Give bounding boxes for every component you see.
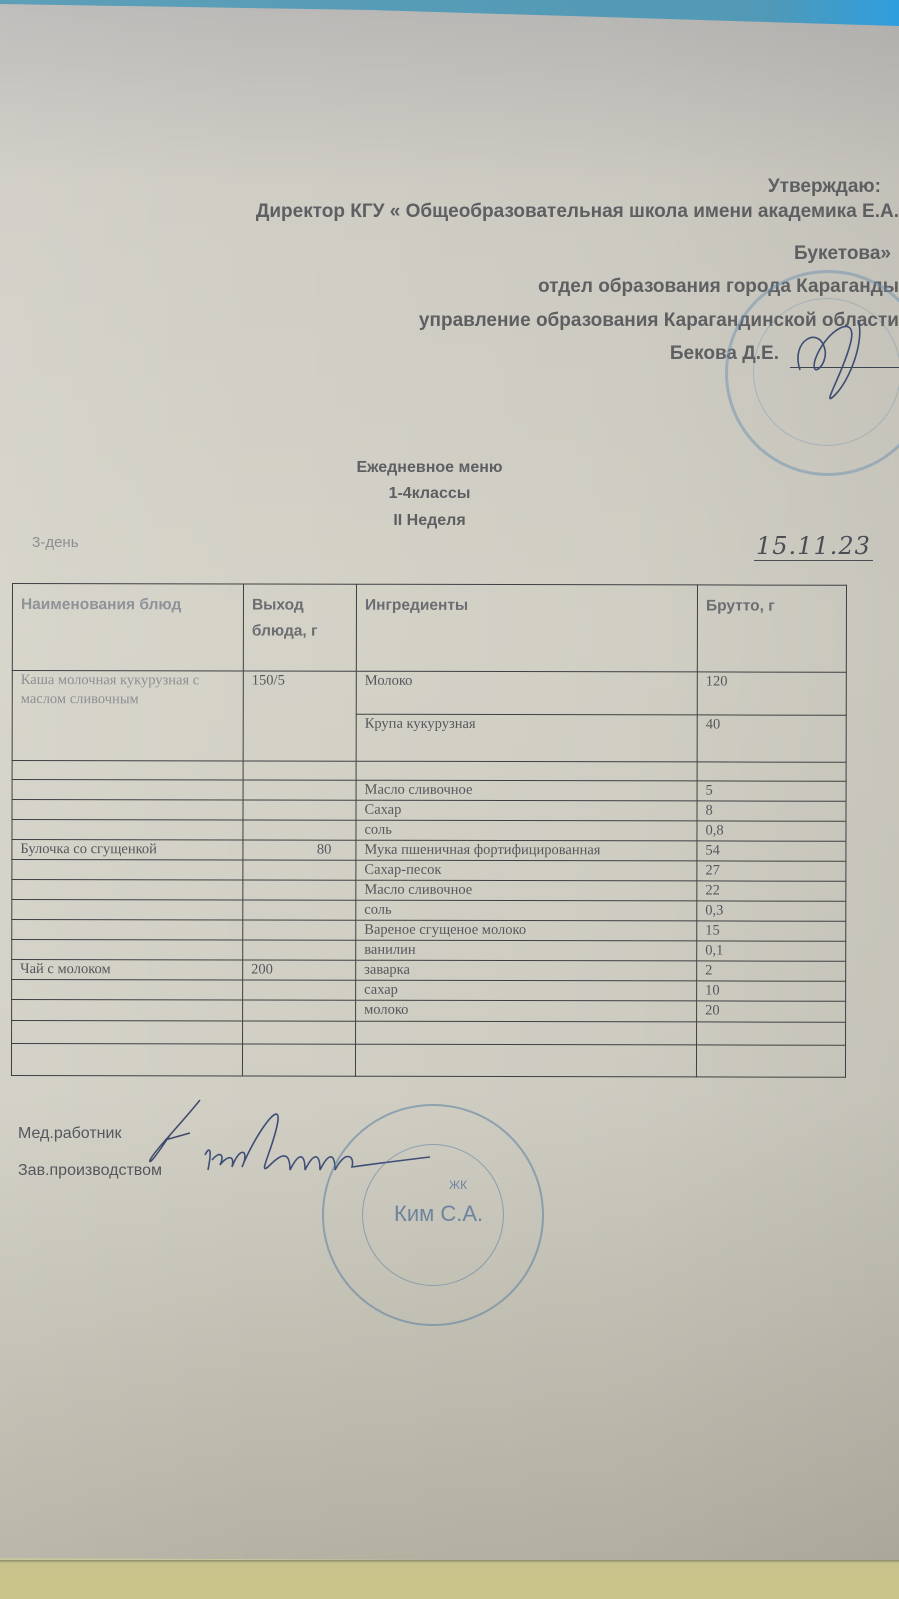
gross-weight-cell [696,1045,845,1077]
ingredient-cell: Мука пшеничная фортифицированная [356,840,697,861]
yield-cell: 80 [243,840,356,860]
dish-name-cell: Каша молочная кукурузная с маслом сливоч… [12,671,243,761]
gross-weight-cell: 20 [697,1001,846,1022]
header-dish-name: Наименования блюд [12,584,243,671]
table-row [11,1044,845,1078]
dish-name-cell [12,920,243,940]
stamp-small-text: ЖК [449,1178,467,1192]
table-row: Сахар-песок27 [12,860,846,882]
production-stamp: Ким С.А. ЖК [322,1104,544,1326]
ingredient-cell [356,761,697,781]
dish-name-cell [12,980,243,1000]
ingredient-cell: сахар [356,980,697,1001]
yield-cell [243,920,356,940]
gross-weight-cell: 15 [697,921,846,941]
table-row: ванилин0,1 [12,940,846,962]
stamp-name: Ким С.А. [394,1201,483,1227]
dish-name-cell [12,780,243,800]
menu-grades: 1-4классы [0,485,879,503]
ingredient-cell: Сахар-песок [356,860,697,881]
table-row: молоко20 [12,1000,846,1023]
yield-cell [243,800,356,820]
gross-weight-cell: 120 [697,672,846,715]
gross-weight-cell: 54 [697,841,846,861]
yield-cell [242,1044,355,1076]
header-gross: Брутто, г [697,585,846,672]
dish-name-cell [12,940,243,960]
dish-name-cell [12,761,243,780]
ingredient-cell: Крупа кукурузная [356,714,697,762]
yield-cell: 200 [243,960,356,980]
dish-name-cell [12,900,243,920]
gross-weight-cell: 0,1 [697,941,846,961]
table-row: Каша молочная кукурузная с маслом сливоч… [12,671,846,716]
table-row [12,761,846,782]
gross-weight-cell: 0,8 [697,821,846,841]
gross-weight-cell: 27 [697,861,846,881]
dish-name-cell: Булочка со сгущенкой [12,840,243,860]
gross-weight-cell: 8 [697,801,846,821]
ingredient-cell: соль [356,900,697,921]
gross-weight-cell: 5 [697,781,846,801]
menu-week: II Неделя [0,512,879,530]
table-row: Вареное сгущеное молоко15 [12,920,846,942]
table-row [12,1021,846,1046]
dish-name-cell [12,1000,243,1021]
ingredient-cell [356,1021,697,1045]
ingredient-cell: Масло сливочное [356,880,697,901]
dish-name-cell [12,820,243,840]
table-row: сахар10 [12,980,846,1002]
yield-cell [243,780,356,800]
ingredient-cell: соль [356,820,697,841]
director-signature [780,300,890,420]
medic-label: Мед.работник [18,1125,121,1143]
dish-name-cell: Чай с молоком [12,960,243,980]
table-row: Чай с молоком200заварка2 [12,960,846,982]
dish-name-cell [12,1021,243,1044]
table-row: Масло сливочное22 [12,880,846,902]
gross-weight-cell: 2 [697,961,846,981]
yield-cell [243,940,356,960]
table-row: Масло сливочное5 [12,780,846,802]
gross-weight-cell: 22 [697,881,846,901]
dish-name-cell [12,860,243,880]
ingredient-cell: Молоко [356,671,697,715]
ingredient-cell: Вареное сгущеное молоко [356,920,697,941]
ingredient-cell [355,1044,696,1077]
approval-line-director: Директор КГУ « Общеобразовательная школа… [256,201,899,223]
gross-weight-cell: 40 [697,715,846,762]
menu-table: Наименования блюд Выход блюда, г Ингреди… [11,583,847,1078]
ingredient-cell: молоко [356,1000,697,1022]
dish-name-cell [11,1044,242,1076]
yield-cell [243,880,356,900]
table-row: соль0,3 [12,900,846,922]
gross-weight-cell: 0,3 [697,901,846,921]
table-row: соль0,8 [12,820,846,842]
yield-cell [243,1021,356,1044]
table-header-row: Наименования блюд Выход блюда, г Ингреди… [12,584,846,673]
yield-cell [243,860,356,880]
yield-cell: 150/5 [243,671,356,761]
dish-name-cell [12,800,243,820]
yield-cell [243,900,356,920]
gross-weight-cell [697,1022,846,1045]
approval-line-school: Букетова» [794,243,891,265]
background-bottom [0,1560,899,1599]
header-ingredients: Ингредиенты [356,584,697,672]
day-label: 3-день [32,534,79,551]
yield-cell [243,761,356,780]
handwritten-date: 15.11.23 [754,532,873,561]
dish-name-cell [12,880,243,900]
ingredient-cell: заварка [356,960,697,981]
approval-title: Утверждаю: [768,176,881,198]
ingredient-cell: ванилин [356,940,697,961]
yield-cell [243,1000,356,1021]
gross-weight-cell: 10 [697,981,846,1001]
menu-title: Ежедневное меню [0,459,879,477]
ingredient-cell: Масло сливочное [356,780,697,801]
yield-cell [243,820,356,840]
table-row: Булочка со сгущенкой80Мука пшеничная фор… [12,840,846,862]
gross-weight-cell [697,762,846,781]
yield-cell [243,980,356,1000]
header-yield: Выход блюда, г [243,584,356,671]
ingredient-cell: Сахар [356,800,697,821]
table-row: Сахар8 [12,800,846,822]
